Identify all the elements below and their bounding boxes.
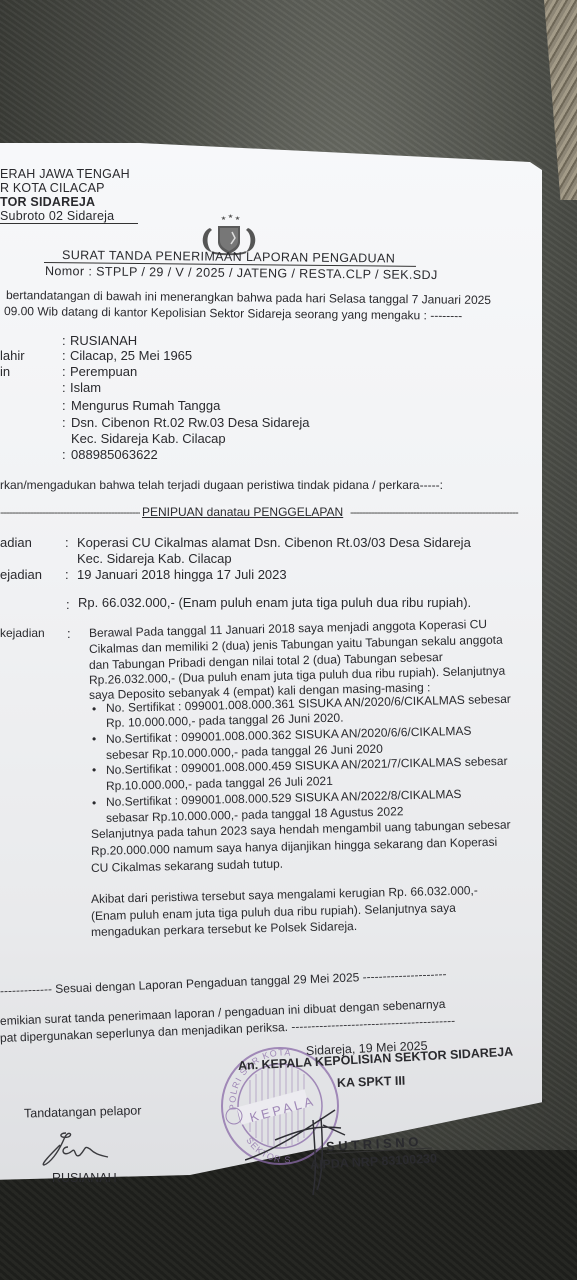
bullet: • <box>92 703 96 715</box>
colon: : <box>62 381 66 394</box>
intro-line-1: bertandatangan di bawah ini menerangkan … <box>6 289 491 306</box>
report-statement: rkan/mengadukan bahwa telah terjadi duga… <box>0 479 443 491</box>
reporter-address-line-2: Kec. Sidareja Kab. Cilacap <box>71 432 226 445</box>
dash-right: ----------------------------------------… <box>350 506 518 518</box>
label-location: adian <box>0 536 32 549</box>
bullet: • <box>92 764 96 776</box>
reporter-signature-label: Tandatangan pelapor <box>24 1104 142 1120</box>
field-label-birth: lahir <box>0 349 25 362</box>
reporter-occupation: Mengurus Rumah Tangga <box>71 399 220 412</box>
report-date-line: ------------- Sesuai dengan Laporan Peng… <box>0 968 447 997</box>
case-time: 19 Januari 2018 hingga 17 Juli 2023 <box>77 568 287 581</box>
followup-line: CU Cikalmas sekarang sudah tutup. <box>91 858 283 874</box>
case-type: PENIPUAN danatau PENGGELAPAN <box>140 506 345 518</box>
reporter-name: RUSIANAH <box>70 334 137 347</box>
colon: : <box>67 627 71 640</box>
officer-position: KA SPKT III <box>337 1075 406 1090</box>
document: ERAH JAWA TENGAH R KOTA CILACAP TOR SIDA… <box>0 0 577 1280</box>
case-loss: Rp. 66.032.000,- (Enam puluh enam juta t… <box>78 596 471 609</box>
colon: : <box>65 536 69 549</box>
label-time: ejadian <box>0 568 42 581</box>
certificate-line: Rp.10.000.000,- pada tanggal 26 Juli 202… <box>106 775 333 792</box>
letterhead-line-1: ERAH JAWA TENGAH <box>0 168 130 181</box>
bullet: • <box>92 733 96 745</box>
intro-line-2: 09.00 Wib datang di kantor Kepolisian Se… <box>4 305 462 322</box>
reporter-gender: Perempuan <box>70 365 137 378</box>
colon: : <box>62 365 66 378</box>
dash-left: ----------------------------------------… <box>0 506 144 518</box>
label-chronology: kejadian <box>0 627 45 639</box>
reporter-address: Dsn. Cibenon Rt.02 Rw.03 Desa Sidareja <box>71 416 309 429</box>
certificate-line: Rp. 10.000.000,- pada tanggal 26 Juni 20… <box>106 712 344 729</box>
letterhead-line-4: Subroto 02 Sidareja <box>0 210 138 224</box>
bullet: • <box>92 797 96 809</box>
colon: : <box>65 568 69 581</box>
field-label-gender: in <box>0 365 10 378</box>
colon: : <box>62 448 66 461</box>
document-number: Nomor : STPLP / 29 / V / 2025 / JATENG /… <box>45 265 438 282</box>
colon: : <box>62 399 66 412</box>
reporter-phone: 088985063622 <box>71 448 158 461</box>
reporter-birth: Cilacap, 25 Mei 1965 <box>70 349 192 362</box>
reporter-signature-mark <box>38 1125 128 1170</box>
colon: : <box>62 416 66 429</box>
consequence-line: mengadukan perkara tersebut ke Polsek Si… <box>91 920 357 938</box>
case-location: Koperasi CU Cikalmas alamat Dsn. Cibenon… <box>77 536 471 549</box>
colon: : <box>66 598 70 611</box>
case-location-line-2: Kec. Sidareja Kab. Cilacap <box>77 552 232 565</box>
reporter-religion: Islam <box>70 381 101 394</box>
colon: : <box>62 334 66 347</box>
colon: : <box>62 349 66 362</box>
letterhead-line-2: R KOTA CILACAP <box>0 182 105 195</box>
letterhead-line-3: TOR SIDAREJA <box>0 196 95 209</box>
reporter-signature-name: RUSIANAH <box>52 1172 117 1185</box>
officer-name: S U T R I S N O <box>326 1134 433 1154</box>
